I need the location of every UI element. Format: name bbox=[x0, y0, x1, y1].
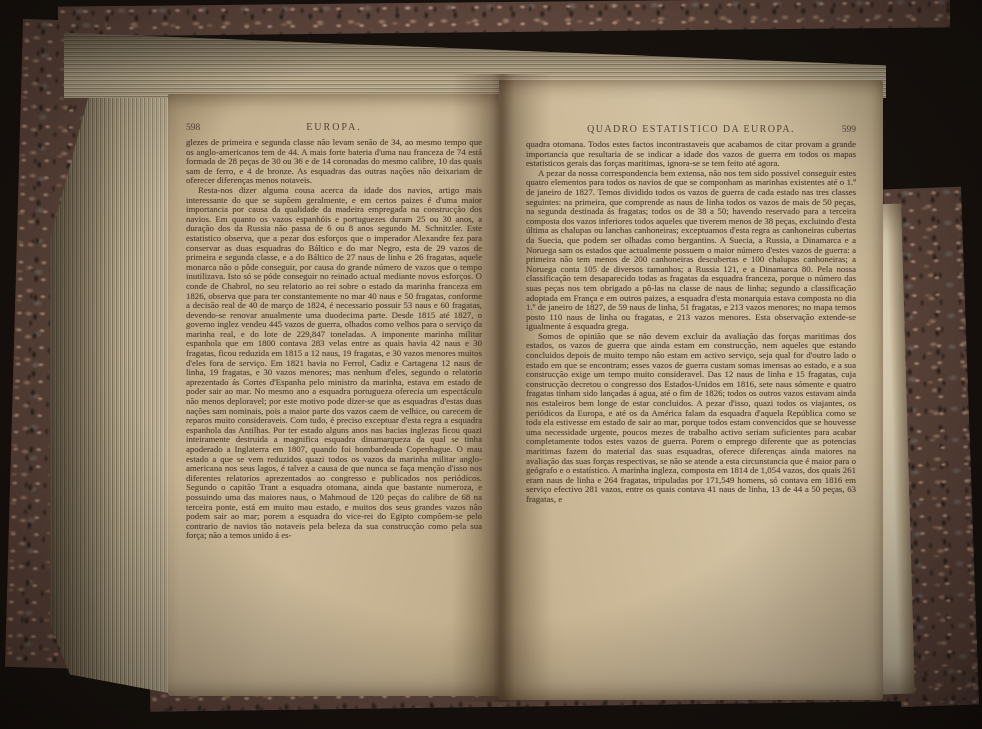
right-page-number: 599 bbox=[818, 125, 856, 135]
left-page-header-row: 598 EUROPA. bbox=[168, 94, 500, 133]
paragraph: Resta-nos dizer alguma cousa acerca da i… bbox=[186, 186, 482, 541]
paragraph: quadra otomana. Todos estes factos incon… bbox=[526, 140, 856, 169]
book-cover-top-edge bbox=[58, 0, 950, 37]
paragraph: Somos de opinião que se não devem exclui… bbox=[526, 332, 856, 505]
left-page-number: 598 bbox=[186, 123, 224, 133]
book-photo-scene: 598 EUROPA. glezes de primeira e segunda… bbox=[0, 0, 982, 729]
paragraph: A pezar da nossa correspondencia bem ext… bbox=[526, 169, 856, 332]
right-page-header-row: QUADRO ESTATISTICO DA EUROPA. 599 bbox=[499, 80, 883, 135]
paragraph: glezes de primeira e segunda classe não … bbox=[186, 138, 482, 186]
right-page: QUADRO ESTATISTICO DA EUROPA. 599 quadra… bbox=[499, 80, 883, 700]
right-running-header: QUADRO ESTATISTICO DA EUROPA. bbox=[564, 124, 818, 135]
left-page: 598 EUROPA. glezes de primeira e segunda… bbox=[168, 94, 500, 696]
left-page-body: glezes de primeira e segunda classe não … bbox=[186, 138, 482, 541]
right-page-body: quadra otomana. Todos estes factos incon… bbox=[526, 140, 856, 505]
left-running-header: EUROPA. bbox=[224, 122, 444, 133]
